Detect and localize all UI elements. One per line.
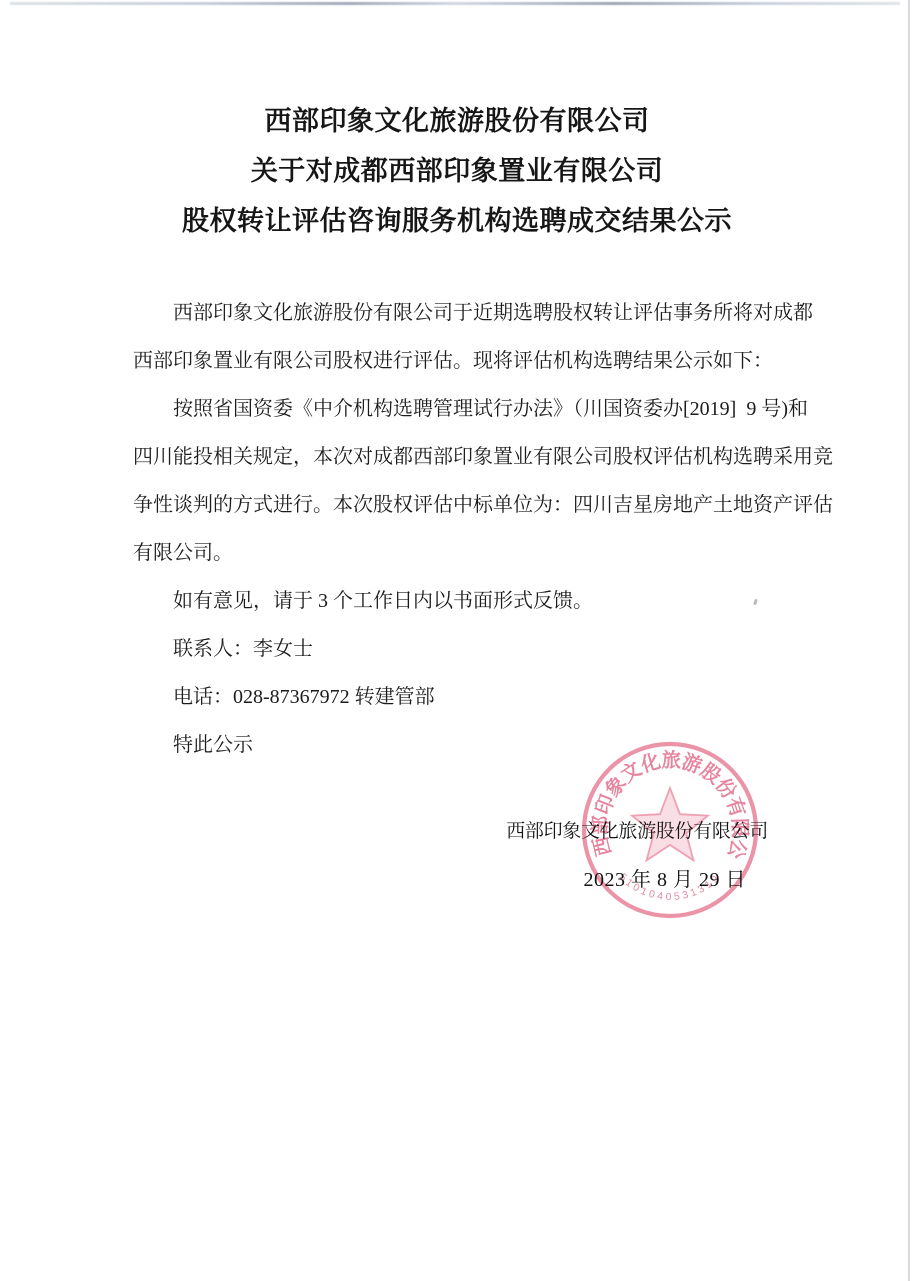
document-body: 西部印象文化旅游股份有限公司于近期选聘股权转让评估事务所将对成都 西部印象置业有…: [133, 289, 823, 769]
signature-company: 西部印象文化旅游股份有限公司: [506, 818, 768, 846]
scan-artifact-top-edge: [10, 2, 900, 5]
signature-block: 西部印象文化旅游股份有限公司 2023 年 8 月 29 日: [506, 818, 768, 894]
document-title: 西部印象文化旅游股份有限公司 关于对成都西部印象置业有限公司 股权转让评估咨询服…: [0, 96, 914, 246]
body-line: 四川能投相关规定，本次对成都西部印象置业有限公司股权评估机构选聘采用竞: [133, 433, 823, 481]
title-line-2: 关于对成都西部印象置业有限公司: [0, 146, 914, 196]
body-line: 有限公司。: [133, 529, 823, 577]
body-line: 如有意见，请于 3 个工作日内以书面形式反馈。: [133, 577, 823, 625]
body-line: 西部印象文化旅游股份有限公司于近期选聘股权转让评估事务所将对成都: [133, 289, 823, 337]
title-line-1: 西部印象文化旅游股份有限公司: [0, 96, 914, 146]
body-line: 西部印象置业有限公司股权进行评估。现将评估机构选聘结果公示如下：: [133, 337, 823, 385]
body-line: 特此公示: [133, 721, 823, 769]
body-line: 争性谈判的方式进行。本次股权评估中标单位为：四川吉星房地产土地资产评估: [133, 481, 823, 529]
body-line: 按照省国资委《中介机构选聘管理试行办法》（川国资委办[2019] 9 号)和: [133, 385, 823, 433]
title-line-3: 股权转让评估咨询服务机构选聘成交结果公示: [0, 196, 914, 246]
signature-date: 2023 年 8 月 29 日: [506, 866, 746, 894]
body-line: 电话：028-87367972 转建管部: [133, 673, 823, 721]
document-page: 西部印象文化旅游股份有限公司 关于对成都西部印象置业有限公司 股权转让评估咨询服…: [0, 0, 914, 1281]
body-line: 联系人：李女士: [133, 625, 823, 673]
